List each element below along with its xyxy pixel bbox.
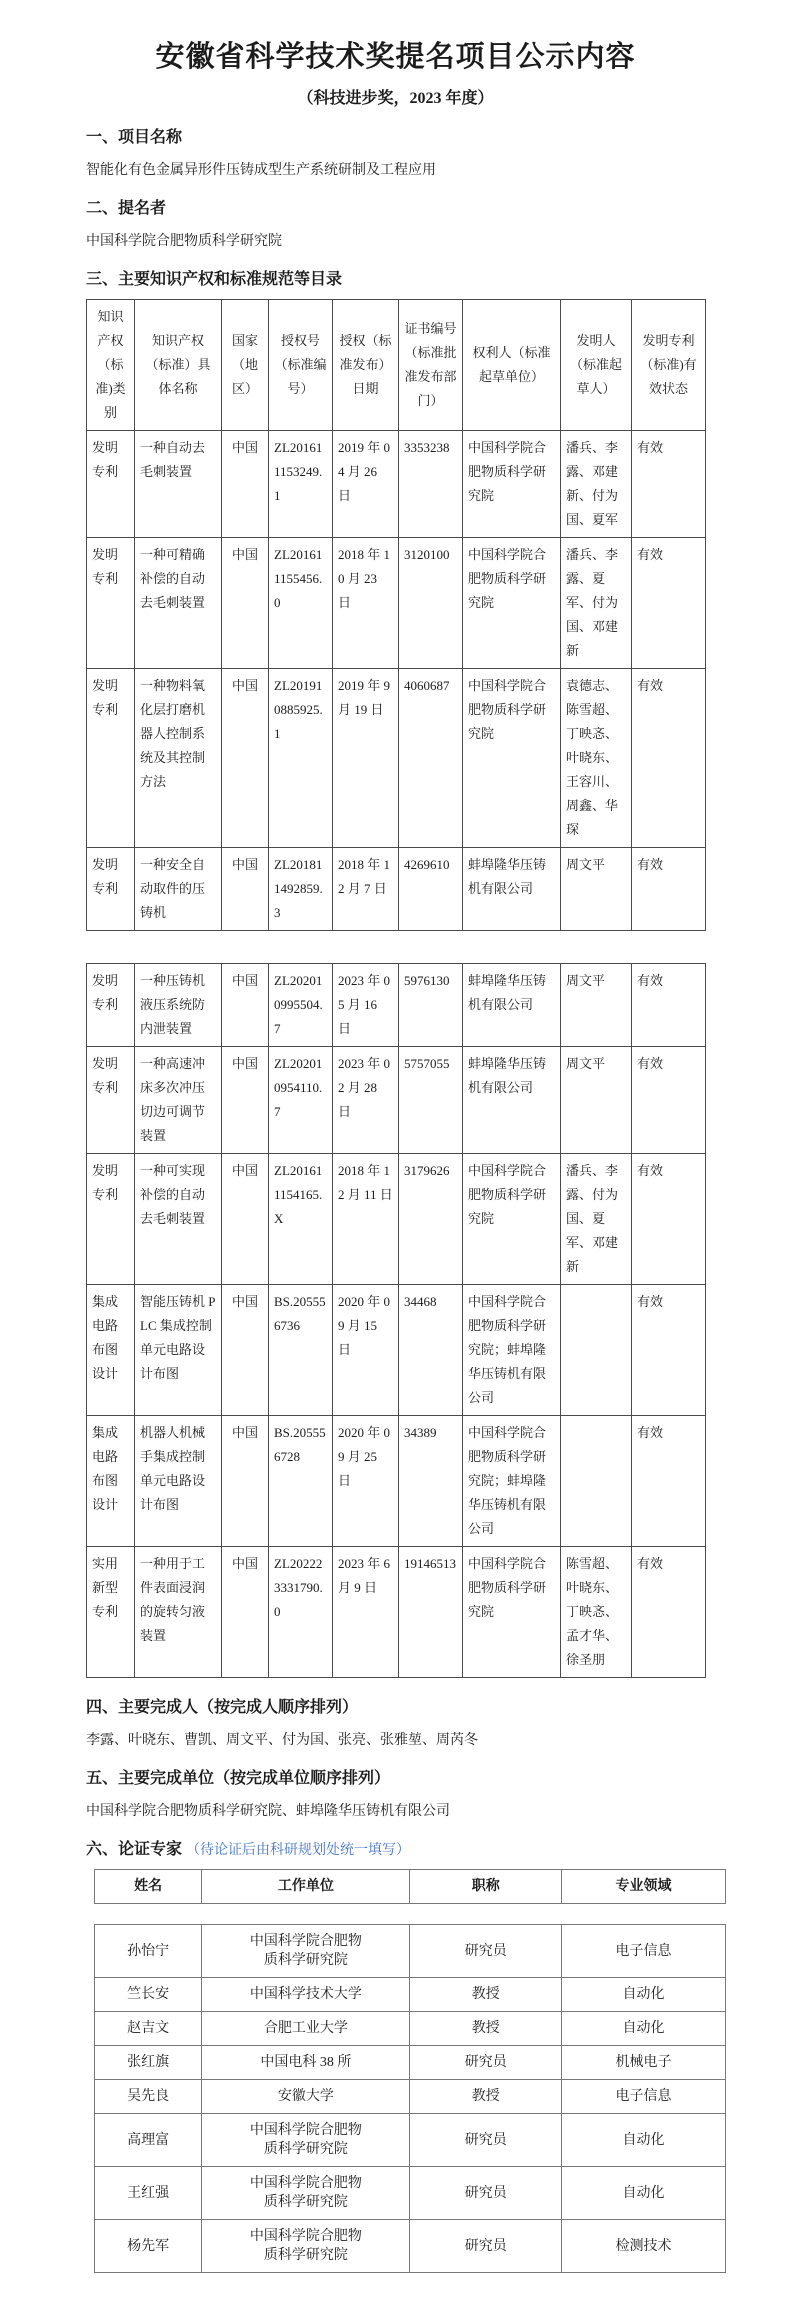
project-name-text: 智能化有色金属异形件压铸成型生产系统研制及工程应用 xyxy=(86,159,705,179)
ip-cell-holder: 蚌埠隆华压铸机有限公司 xyxy=(463,1047,561,1154)
ip-cell-auth-no: ZL201611154165.X xyxy=(269,1154,333,1285)
ip-header-auth-no: 授权号（标准编号） xyxy=(269,300,333,431)
expert-row: 赵吉文 合肥工业大学 教授 自动化 xyxy=(95,2012,726,2046)
experts-header-row: 姓名 工作单位 职称 专业领域 xyxy=(95,1870,726,1904)
ip-cell-country: 中国 xyxy=(222,538,269,669)
ip-cell-type: 发明专利 xyxy=(87,1154,135,1285)
expert-field: 自动化 xyxy=(561,2167,725,2220)
section-heading-ip-list: 三、主要知识产权和标准规范等目录 xyxy=(86,266,705,289)
expert-name: 高理富 xyxy=(95,2114,202,2167)
ip-cell-inventors: 陈雪超、叶晓东、丁映忞、孟才华、徐圣朋 xyxy=(561,1547,632,1678)
ip-cell-type: 发明专利 xyxy=(87,669,135,848)
expert-unit-text: 中国科学技术大学 xyxy=(250,1985,362,2004)
expert-row: 孙怡宁 中国科学院合肥物质科学研究院 研究员 电子信息 xyxy=(95,1925,726,1978)
ip-cell-auth-date: 2020 年 09 月 25 日 xyxy=(333,1416,399,1547)
ip-cell-status: 有效 xyxy=(632,964,706,1047)
expert-row: 吴先良 安徽大学 教授 电子信息 xyxy=(95,2080,726,2114)
expert-title: 教授 xyxy=(410,2012,561,2046)
expert-field: 自动化 xyxy=(561,2012,725,2046)
ip-cell-auth-no: ZL201611153249.1 xyxy=(269,431,333,538)
ip-cell-country: 中国 xyxy=(222,431,269,538)
ip-cell-country: 中国 xyxy=(222,669,269,848)
ip-cell-name: 智能压铸机 PLC 集成控制单元电路设计布图 xyxy=(135,1285,222,1416)
ip-cell-auth-date: 2018 年 12 月 11 日 xyxy=(333,1154,399,1285)
page-break-gap xyxy=(86,1904,705,1924)
ip-cell-type: 实用新型专利 xyxy=(87,1547,135,1678)
expert-unit: 安徽大学 xyxy=(202,2080,410,2114)
ip-cell-cert-no: 5976130 xyxy=(399,964,463,1047)
ip-cell-cert-no: 5757055 xyxy=(399,1047,463,1154)
ip-cell-name: 一种用于工件表面浸润的旋转匀液装置 xyxy=(135,1547,222,1678)
ip-cell-cert-no: 4060687 xyxy=(399,669,463,848)
experts-heading-note: （待论证后由科研规划处统一填写） xyxy=(186,1843,410,1858)
ip-cell-holder: 中国科学院合肥物质科学研究院 xyxy=(463,431,561,538)
page-break-gap xyxy=(86,931,705,957)
main-contributors-text: 李露、叶晓东、曹凯、周文平、付为国、张亮、张雅堃、周芮冬 xyxy=(86,1729,705,1749)
ip-cell-auth-date: 2018 年 12 月 7 日 xyxy=(333,848,399,931)
ip-cell-country: 中国 xyxy=(222,1154,269,1285)
ip-table-row: 发明专利 一种可实现补偿的自动去毛刺装置 中国 ZL201611154165.X… xyxy=(87,1154,706,1285)
expert-field: 自动化 xyxy=(561,1978,725,2012)
expert-title: 研究员 xyxy=(410,2167,561,2220)
ip-table-part2: 发明专利 一种压铸机液压系统防内泄装置 中国 ZL202010995504.7 … xyxy=(86,963,706,1678)
expert-name: 孙怡宁 xyxy=(95,1925,202,1978)
ip-cell-inventors: 周文平 xyxy=(561,1047,632,1154)
expert-row: 张红旗 中国电科 38 所 研究员 机械电子 xyxy=(95,2046,726,2080)
ip-cell-name: 一种高速冲床多次冲压切边可调节装置 xyxy=(135,1047,222,1154)
main-units-text: 中国科学院合肥物质科学研究院、蚌埠隆华压铸机有限公司 xyxy=(86,1800,705,1820)
expert-field: 机械电子 xyxy=(561,2046,725,2080)
ip-table-row: 发明专利 一种可精确补偿的自动去毛刺装置 中国 ZL201611155456.0… xyxy=(87,538,706,669)
ip-table-row: 发明专利 一种压铸机液压系统防内泄装置 中国 ZL202010995504.7 … xyxy=(87,964,706,1047)
expert-unit: 中国电科 38 所 xyxy=(202,2046,410,2080)
ip-cell-auth-no: BS.205556728 xyxy=(269,1416,333,1547)
expert-name: 吴先良 xyxy=(95,2080,202,2114)
document-title: 安徽省科学技术奖提名项目公示内容 xyxy=(86,34,705,75)
ip-cell-status: 有效 xyxy=(632,669,706,848)
ip-cell-country: 中国 xyxy=(222,848,269,931)
ip-cell-holder: 中国科学院合肥物质科学研究院 xyxy=(463,1547,561,1678)
ip-cell-cert-no: 3353238 xyxy=(399,431,463,538)
ip-cell-auth-no: ZL201811492859.3 xyxy=(269,848,333,931)
ip-cell-country: 中国 xyxy=(222,1047,269,1154)
ip-cell-country: 中国 xyxy=(222,964,269,1047)
experts-table-header: 姓名 工作单位 职称 专业领域 xyxy=(94,1869,726,1904)
ip-cell-cert-no: 34468 xyxy=(399,1285,463,1416)
experts-header-field: 专业领域 xyxy=(561,1870,725,1904)
ip-cell-auth-no: BS.205556736 xyxy=(269,1285,333,1416)
ip-cell-status: 有效 xyxy=(632,1416,706,1547)
expert-name: 张红旗 xyxy=(95,2046,202,2080)
ip-cell-name: 一种物料氧化层打磨机器人控制系统及其控制方法 xyxy=(135,669,222,848)
ip-header-name: 知识产权（标准）具体名称 xyxy=(135,300,222,431)
ip-cell-name: 一种可精确补偿的自动去毛刺装置 xyxy=(135,538,222,669)
ip-cell-country: 中国 xyxy=(222,1285,269,1416)
ip-header-cert-no: 证书编号（标准批准发布部门） xyxy=(399,300,463,431)
ip-cell-type: 发明专利 xyxy=(87,848,135,931)
expert-unit: 中国科学技术大学 xyxy=(202,1978,410,2012)
ip-cell-status: 有效 xyxy=(632,848,706,931)
ip-cell-status: 有效 xyxy=(632,1285,706,1416)
document-subtitle: （科技进步奖，2023 年度） xyxy=(86,85,705,108)
ip-header-holder: 权利人（标准起草单位） xyxy=(463,300,561,431)
ip-cell-type: 集成电路布图设计 xyxy=(87,1285,135,1416)
ip-cell-status: 有效 xyxy=(632,1047,706,1154)
ip-cell-auth-no: ZL202010995504.7 xyxy=(269,964,333,1047)
ip-cell-name: 一种安全自动取件的压铸机 xyxy=(135,848,222,931)
experts-header-name: 姓名 xyxy=(95,1870,202,1904)
ip-cell-cert-no: 19146513 xyxy=(399,1547,463,1678)
expert-unit: 中国科学院合肥物质科学研究院 xyxy=(202,2220,410,2273)
ip-table-row: 发明专利 一种高速冲床多次冲压切边可调节装置 中国 ZL202010954110… xyxy=(87,1047,706,1154)
section-heading-experts: 六、论证专家 （待论证后由科研规划处统一填写） xyxy=(86,1836,705,1859)
ip-cell-cert-no: 34389 xyxy=(399,1416,463,1547)
ip-cell-auth-date: 2023 年 6 月 9 日 xyxy=(333,1547,399,1678)
ip-cell-status: 有效 xyxy=(632,431,706,538)
ip-cell-name: 一种压铸机液压系统防内泄装置 xyxy=(135,964,222,1047)
ip-cell-inventors xyxy=(561,1285,632,1416)
ip-cell-country: 中国 xyxy=(222,1547,269,1678)
experts-header-title: 职称 xyxy=(410,1870,561,1904)
ip-cell-holder: 中国科学院合肥物质科学研究院 xyxy=(463,538,561,669)
ip-cell-name: 机器人机械手集成控制单元电路设计布图 xyxy=(135,1416,222,1547)
expert-unit: 中国科学院合肥物质科学研究院 xyxy=(202,2167,410,2220)
ip-cell-auth-no: ZL201611155456.0 xyxy=(269,538,333,669)
ip-table-row: 发明专利 一种物料氧化层打磨机器人控制系统及其控制方法 中国 ZL2019108… xyxy=(87,669,706,848)
expert-unit-text: 中国电科 38 所 xyxy=(260,2053,351,2072)
ip-cell-name: 一种可实现补偿的自动去毛刺装置 xyxy=(135,1154,222,1285)
ip-cell-holder: 中国科学院合肥物质科学研究院；蚌埠隆华压铸机有限公司 xyxy=(463,1285,561,1416)
expert-unit-text: 中国科学院合肥物质科学研究院 xyxy=(247,1932,365,1970)
expert-title: 研究员 xyxy=(410,2046,561,2080)
expert-title: 教授 xyxy=(410,1978,561,2012)
expert-row: 杨先军 中国科学院合肥物质科学研究院 研究员 检测技术 xyxy=(95,2220,726,2273)
ip-cell-auth-no: ZL202223331790.0 xyxy=(269,1547,333,1678)
expert-title: 研究员 xyxy=(410,1925,561,1978)
ip-cell-auth-date: 2019 年 9 月 19 日 xyxy=(333,669,399,848)
ip-header-row: 知识产权（标准)类别 知识产权（标准）具体名称 国家（地区） 授权号（标准编号）… xyxy=(87,300,706,431)
ip-cell-inventors: 袁德志、陈雪超、丁映忞、叶晓东、王容川、周鑫、华琛 xyxy=(561,669,632,848)
ip-cell-holder: 中国科学院合肥物质科学研究院 xyxy=(463,669,561,848)
ip-cell-cert-no: 4269610 xyxy=(399,848,463,931)
expert-title: 教授 xyxy=(410,2080,561,2114)
experts-heading-label: 六、论证专家 xyxy=(86,1841,182,1858)
ip-cell-auth-date: 2019 年 04 月 26 日 xyxy=(333,431,399,538)
ip-cell-status: 有效 xyxy=(632,538,706,669)
ip-header-status: 发明专利（标准)有效状态 xyxy=(632,300,706,431)
ip-cell-auth-date: 2018 年 10 月 23 日 xyxy=(333,538,399,669)
ip-header-auth-date: 授权（标准发布）日期 xyxy=(333,300,399,431)
experts-header-unit: 工作单位 xyxy=(202,1870,410,1904)
expert-name: 杨先军 xyxy=(95,2220,202,2273)
experts-table-body: 孙怡宁 中国科学院合肥物质科学研究院 研究员 电子信息 竺长安 中国科学技术大学… xyxy=(94,1924,726,2273)
expert-unit: 中国科学院合肥物质科学研究院 xyxy=(202,1925,410,1978)
section-heading-main-contributors: 四、主要完成人（按完成人顺序排列） xyxy=(86,1694,705,1717)
ip-cell-status: 有效 xyxy=(632,1154,706,1285)
expert-row: 王红强 中国科学院合肥物质科学研究院 研究员 自动化 xyxy=(95,2167,726,2220)
ip-header-inventors: 发明人（标准起草人） xyxy=(561,300,632,431)
ip-table-row: 实用新型专利 一种用于工件表面浸润的旋转匀液装置 中国 ZL2022233317… xyxy=(87,1547,706,1678)
expert-name: 竺长安 xyxy=(95,1978,202,2012)
expert-name: 赵吉文 xyxy=(95,2012,202,2046)
ip-cell-type: 集成电路布图设计 xyxy=(87,1416,135,1547)
ip-cell-auth-no: ZL202010954110.7 xyxy=(269,1047,333,1154)
expert-row: 竺长安 中国科学技术大学 教授 自动化 xyxy=(95,1978,726,2012)
ip-cell-inventors: 潘兵、李露、邓建新、付为国、夏军 xyxy=(561,431,632,538)
ip-cell-name: 一种自动去毛刺装置 xyxy=(135,431,222,538)
ip-table-part1: 知识产权（标准)类别 知识产权（标准）具体名称 国家（地区） 授权号（标准编号）… xyxy=(86,299,706,931)
ip-cell-inventors xyxy=(561,1416,632,1547)
section-heading-main-units: 五、主要完成单位（按完成单位顺序排列） xyxy=(86,1765,705,1788)
ip-cell-inventors: 周文平 xyxy=(561,848,632,931)
ip-table-row: 发明专利 一种自动去毛刺装置 中国 ZL201611153249.1 2019 … xyxy=(87,431,706,538)
ip-cell-inventors: 周文平 xyxy=(561,964,632,1047)
expert-unit: 中国科学院合肥物质科学研究院 xyxy=(202,2114,410,2167)
ip-cell-inventors: 潘兵、李露、付为国、夏军、邓建新 xyxy=(561,1154,632,1285)
ip-cell-holder: 中国科学院合肥物质科学研究院 xyxy=(463,1154,561,1285)
expert-title: 研究员 xyxy=(410,2220,561,2273)
expert-row: 高理富 中国科学院合肥物质科学研究院 研究员 自动化 xyxy=(95,2114,726,2167)
expert-unit-text: 合肥工业大学 xyxy=(264,2019,348,2038)
expert-unit: 合肥工业大学 xyxy=(202,2012,410,2046)
ip-cell-holder: 蚌埠隆华压铸机有限公司 xyxy=(463,848,561,931)
ip-cell-type: 发明专利 xyxy=(87,964,135,1047)
ip-cell-cert-no: 3120100 xyxy=(399,538,463,669)
document-page: 安徽省科学技术奖提名项目公示内容 （科技进步奖，2023 年度） 一、项目名称 … xyxy=(0,0,793,2319)
ip-cell-holder: 蚌埠隆华压铸机有限公司 xyxy=(463,964,561,1047)
ip-table-row: 集成电路布图设计 机器人机械手集成控制单元电路设计布图 中国 BS.205556… xyxy=(87,1416,706,1547)
section-heading-nominator: 二、提名者 xyxy=(86,195,705,218)
expert-field: 电子信息 xyxy=(561,2080,725,2114)
section-heading-project-name: 一、项目名称 xyxy=(86,124,705,147)
expert-field: 检测技术 xyxy=(561,2220,725,2273)
ip-header-country: 国家（地区） xyxy=(222,300,269,431)
expert-unit-text: 安徽大学 xyxy=(278,2087,334,2106)
ip-cell-type: 发明专利 xyxy=(87,538,135,669)
expert-title: 研究员 xyxy=(410,2114,561,2167)
expert-unit-text: 中国科学院合肥物质科学研究院 xyxy=(247,2174,365,2212)
ip-cell-type: 发明专利 xyxy=(87,1047,135,1154)
ip-cell-auth-date: 2023 年 02 月 28 日 xyxy=(333,1047,399,1154)
nominator-text: 中国科学院合肥物质科学研究院 xyxy=(86,230,705,250)
ip-cell-holder: 中国科学院合肥物质科学研究院；蚌埠隆华压铸机有限公司 xyxy=(463,1416,561,1547)
ip-cell-auth-date: 2020 年 09 月 15 日 xyxy=(333,1285,399,1416)
ip-cell-inventors: 潘兵、李露、夏军、付为国、邓建新 xyxy=(561,538,632,669)
ip-cell-cert-no: 3179626 xyxy=(399,1154,463,1285)
ip-cell-status: 有效 xyxy=(632,1547,706,1678)
expert-unit-text: 中国科学院合肥物质科学研究院 xyxy=(247,2227,365,2265)
ip-cell-type: 发明专利 xyxy=(87,431,135,538)
ip-cell-country: 中国 xyxy=(222,1416,269,1547)
ip-cell-auth-date: 2023 年 05 月 16 日 xyxy=(333,964,399,1047)
expert-field: 电子信息 xyxy=(561,1925,725,1978)
ip-header-type: 知识产权（标准)类别 xyxy=(87,300,135,431)
expert-name: 王红强 xyxy=(95,2167,202,2220)
ip-table-row: 发明专利 一种安全自动取件的压铸机 中国 ZL201811492859.3 20… xyxy=(87,848,706,931)
ip-cell-auth-no: ZL201910885925.1 xyxy=(269,669,333,848)
ip-table-row: 集成电路布图设计 智能压铸机 PLC 集成控制单元电路设计布图 中国 BS.20… xyxy=(87,1285,706,1416)
expert-unit-text: 中国科学院合肥物质科学研究院 xyxy=(247,2121,365,2159)
expert-field: 自动化 xyxy=(561,2114,725,2167)
